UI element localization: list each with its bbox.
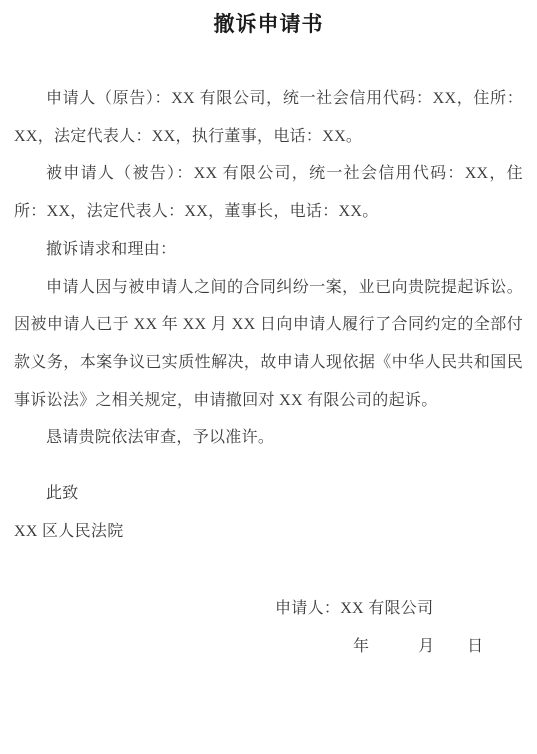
document-title: 撤诉申请书	[14, 10, 523, 38]
signature-applicant: 申请人：XX 有限公司	[275, 590, 523, 628]
signature-date: 年 月 日	[353, 628, 523, 666]
paragraph-applicant-info: 申请人（原告）：XX 有限公司，统一社会信用代码：XX，住所：XX，法定代表人：…	[14, 80, 523, 155]
heading-request-and-reason: 撤诉请求和理由：	[14, 231, 523, 269]
paragraph-respondent-info: 被申请人（被告）：XX 有限公司，统一社会信用代码：XX，住所：XX，法定代表人…	[14, 155, 523, 230]
closing-salutation: 此致	[14, 475, 523, 513]
court-name: XX 区人民法院	[14, 513, 523, 551]
paragraph-withdrawal-reason: 申请人因与被申请人之间的合同纠纷一案，业已向贵院提起诉讼。因被申请人已于 XX …	[14, 269, 523, 420]
document-page: 撤诉申请书 申请人（原告）：XX 有限公司，统一社会信用代码：XX，住所：XX，…	[0, 0, 537, 754]
paragraph-request-approval: 恳请贵院依法审查，予以准许。	[14, 419, 523, 457]
